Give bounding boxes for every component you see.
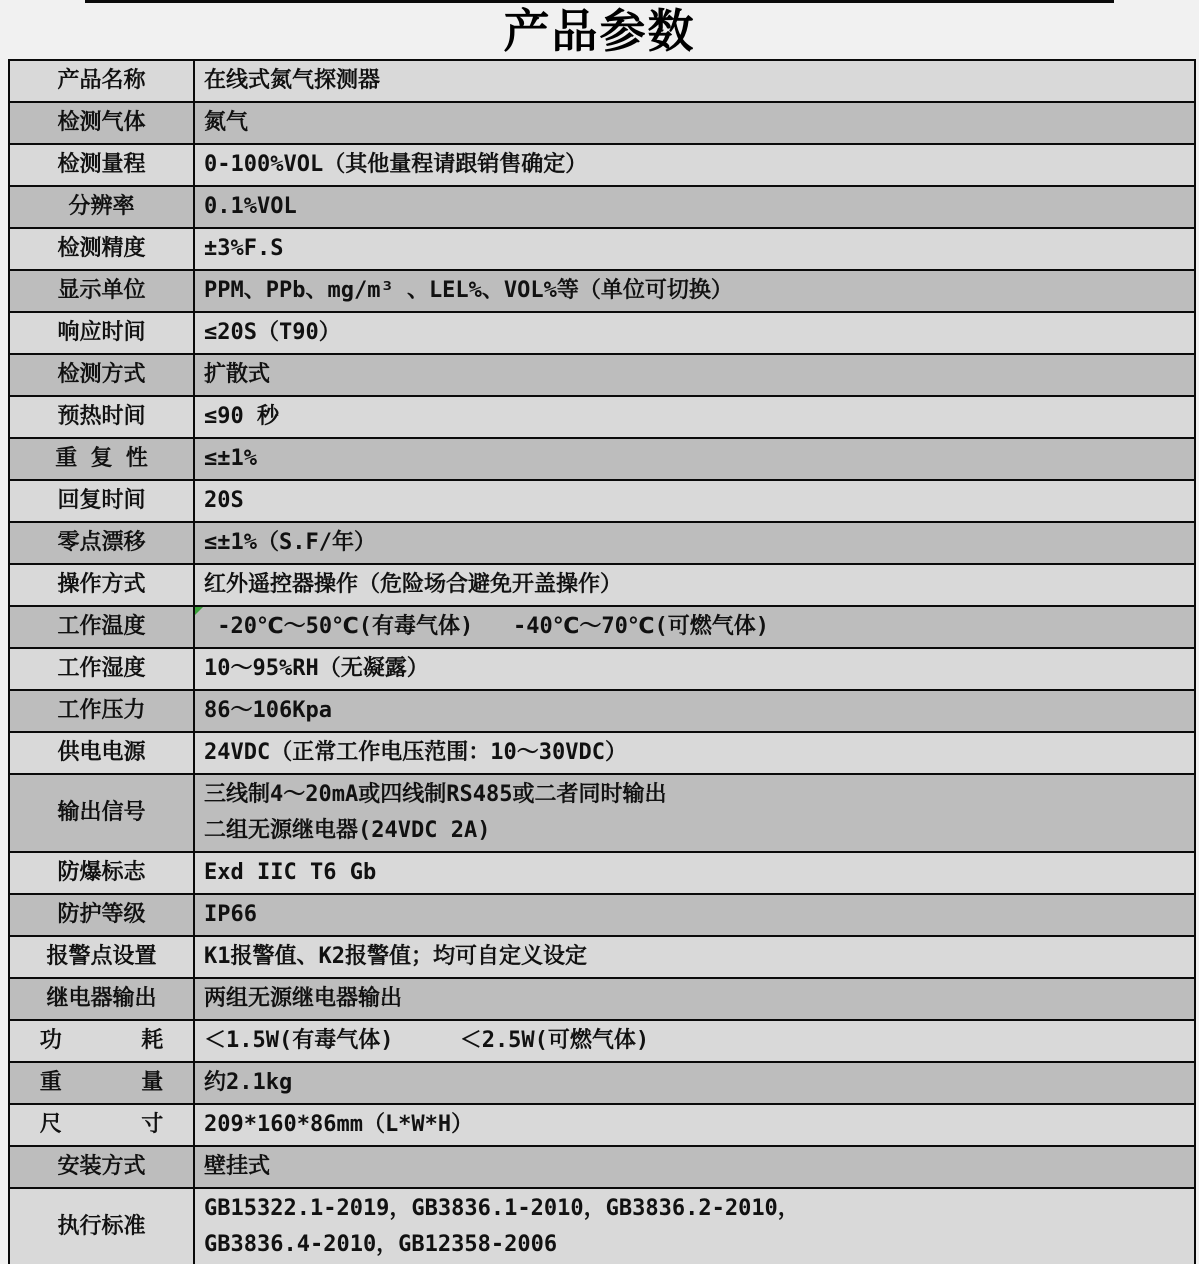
param-label: 报警点设置: [9, 936, 194, 978]
table-body: 产品名称在线式氮气探测器检测气体氮气检测量程0-100%VOL（其他量程请跟销售…: [9, 60, 1195, 1264]
product-spec-page: 产品参数 产品名称在线式氮气探测器检测气体氮气检测量程0-100%VOL（其他量…: [0, 0, 1199, 1264]
param-value: 两组无源继电器输出: [194, 978, 1195, 1020]
param-label: 响应时间: [9, 312, 194, 354]
param-value: GB15322.1-2019，GB3836.1-2010，GB3836.2-20…: [194, 1188, 1195, 1264]
param-label: 工作湿度: [9, 648, 194, 690]
table-row: 继电器输出两组无源继电器输出: [9, 978, 1195, 1020]
param-value: 在线式氮气探测器: [194, 60, 1195, 102]
param-label: 继电器输出: [9, 978, 194, 1020]
param-value: 约2.1kg: [194, 1062, 1195, 1104]
param-label: 零点漂移: [9, 522, 194, 564]
param-value: 86～106Kpa: [194, 690, 1195, 732]
table-row: 检测精度±3%F.S: [9, 228, 1195, 270]
table-row: 执行标准GB15322.1-2019，GB3836.1-2010，GB3836.…: [9, 1188, 1195, 1264]
table-row: 防护等级IP66: [9, 894, 1195, 936]
param-value: K1报警值、K2报警值；均可自定义设定: [194, 936, 1195, 978]
table-row: 产品名称在线式氮气探测器: [9, 60, 1195, 102]
param-label: 输出信号: [9, 774, 194, 852]
table-row: 回复时间20S: [9, 480, 1195, 522]
param-label: 检测气体: [9, 102, 194, 144]
table-row: 重 复 性≤±1%: [9, 438, 1195, 480]
param-value: 扩散式: [194, 354, 1195, 396]
param-label: 功 耗: [9, 1020, 194, 1062]
param-value: 氮气: [194, 102, 1195, 144]
param-value: 红外遥控器操作（危险场合避免开盖操作）: [194, 564, 1195, 606]
param-label: 分辨率: [9, 186, 194, 228]
table-row: 安装方式壁挂式: [9, 1146, 1195, 1188]
param-value: 0.1%VOL: [194, 186, 1195, 228]
table-row: 尺 寸209*160*86mm（L*W*H）: [9, 1104, 1195, 1146]
param-label: 操作方式: [9, 564, 194, 606]
table-row: 显示单位PPM、PPb、mg/m³ 、LEL%、VOL%等（单位可切换）: [9, 270, 1195, 312]
product-parameters-table: 产品名称在线式氮气探测器检测气体氮气检测量程0-100%VOL（其他量程请跟销售…: [8, 59, 1196, 1264]
table-row: 检测方式扩散式: [9, 354, 1195, 396]
table-row: 输出信号三线制4～20mA或四线制RS485或二者同时输出 二组无源继电器(24…: [9, 774, 1195, 852]
param-value: ±3%F.S: [194, 228, 1195, 270]
param-label: 显示单位: [9, 270, 194, 312]
table-row: 重 量约2.1kg: [9, 1062, 1195, 1104]
param-value: 20S: [194, 480, 1195, 522]
param-value: IP66: [194, 894, 1195, 936]
param-label: 防护等级: [9, 894, 194, 936]
param-label: 防爆标志: [9, 852, 194, 894]
param-label: 预热时间: [9, 396, 194, 438]
param-label: 安装方式: [9, 1146, 194, 1188]
param-value: 10～95%RH（无凝露）: [194, 648, 1195, 690]
param-value: 壁挂式: [194, 1146, 1195, 1188]
table-row: 操作方式红外遥控器操作（危险场合避免开盖操作）: [9, 564, 1195, 606]
table-row: 检测量程0-100%VOL（其他量程请跟销售确定）: [9, 144, 1195, 186]
table-row: 供电电源24VDC（正常工作电压范围：10～30VDC）: [9, 732, 1195, 774]
param-label: 执行标准: [9, 1188, 194, 1264]
param-value: Exd IIC T6 Gb: [194, 852, 1195, 894]
param-label: 工作压力: [9, 690, 194, 732]
table-row: 零点漂移≤±1%（S.F/年）: [9, 522, 1195, 564]
param-label: 工作温度: [9, 606, 194, 648]
table-row: 防爆标志Exd IIC T6 Gb: [9, 852, 1195, 894]
param-value: PPM、PPb、mg/m³ 、LEL%、VOL%等（单位可切换）: [194, 270, 1195, 312]
top-divider-line: [85, 0, 1114, 3]
param-label: 尺 寸: [9, 1104, 194, 1146]
param-value: 209*160*86mm（L*W*H）: [194, 1104, 1195, 1146]
param-value: ≤90 秒: [194, 396, 1195, 438]
param-label: 回复时间: [9, 480, 194, 522]
table-row: 工作湿度10～95%RH（无凝露）: [9, 648, 1195, 690]
param-value: ≤20S（T90）: [194, 312, 1195, 354]
table-row: 工作压力86～106Kpa: [9, 690, 1195, 732]
param-value: ＜1.5W(有毒气体) ＜2.5W(可燃气体): [194, 1020, 1195, 1062]
param-value: -20℃～50℃(有毒气体) -40℃～70℃(可燃气体): [194, 606, 1195, 648]
table-row: 分辨率0.1%VOL: [9, 186, 1195, 228]
table-row: 预热时间≤90 秒: [9, 396, 1195, 438]
param-label: 重 复 性: [9, 438, 194, 480]
table-row: 功 耗＜1.5W(有毒气体) ＜2.5W(可燃气体): [9, 1020, 1195, 1062]
param-label: 供电电源: [9, 732, 194, 774]
param-label: 检测量程: [9, 144, 194, 186]
param-value: ≤±1%: [194, 438, 1195, 480]
table-row: 工作温度 -20℃～50℃(有毒气体) -40℃～70℃(可燃气体): [9, 606, 1195, 648]
table-row: 检测气体氮气: [9, 102, 1195, 144]
page-title: 产品参数: [0, 0, 1199, 59]
param-label: 重 量: [9, 1062, 194, 1104]
param-value: ≤±1%（S.F/年）: [194, 522, 1195, 564]
param-value: 三线制4～20mA或四线制RS485或二者同时输出 二组无源继电器(24VDC …: [194, 774, 1195, 852]
table-row: 报警点设置K1报警值、K2报警值；均可自定义设定: [9, 936, 1195, 978]
param-value: 24VDC（正常工作电压范围：10～30VDC）: [194, 732, 1195, 774]
param-label: 检测方式: [9, 354, 194, 396]
param-value: 0-100%VOL（其他量程请跟销售确定）: [194, 144, 1195, 186]
param-label: 产品名称: [9, 60, 194, 102]
cell-comment-marker-icon: [195, 607, 203, 615]
table-row: 响应时间≤20S（T90）: [9, 312, 1195, 354]
param-label: 检测精度: [9, 228, 194, 270]
